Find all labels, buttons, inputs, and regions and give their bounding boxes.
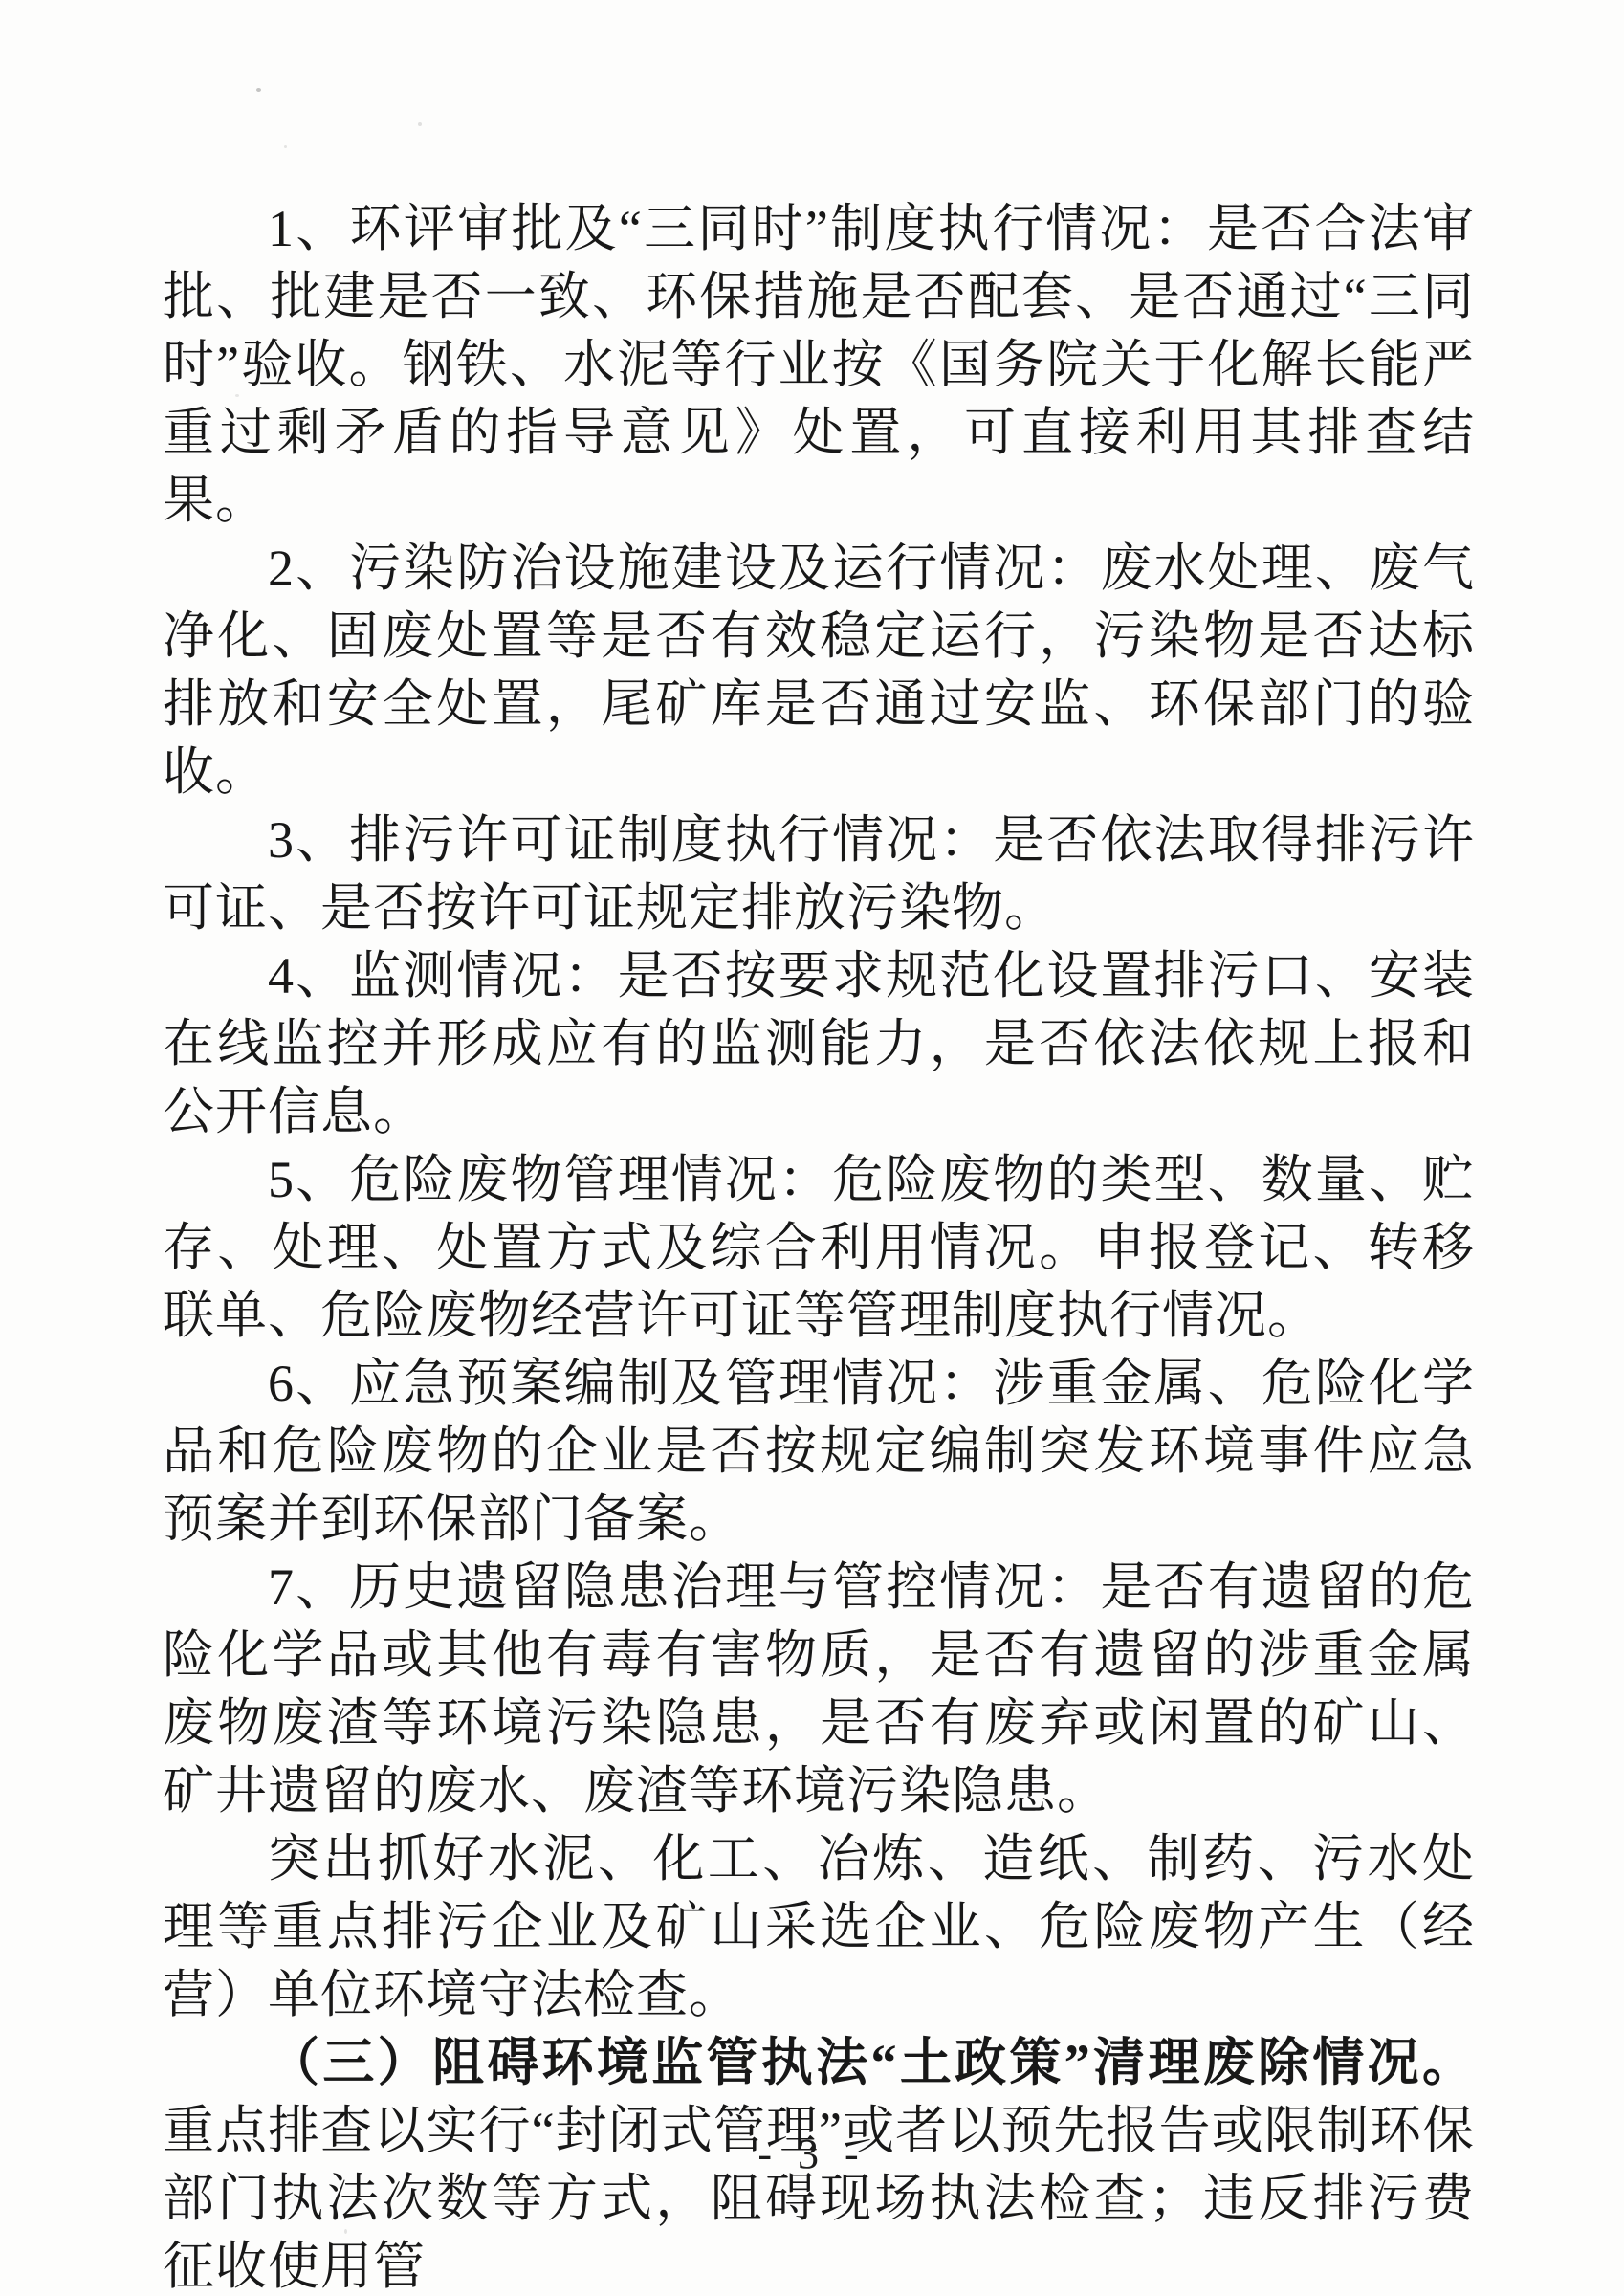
paragraph: 7、历史遗留隐患治理与管控情况：是否有遗留的危险化学品或其他有毒有害物质，是否有… <box>163 1554 1475 1825</box>
paragraph-text: 突出抓好水泥、化工、冶炼、造纸、制药、污水处理等重点排污企业及矿山采选企业、危险… <box>163 1830 1475 2023</box>
paragraph: 2、污染防治设施建设及运行情况：废水处理、废气净化、固废处置等是否有效稳定运行，… <box>163 535 1475 806</box>
paragraph-text: 2、污染防治设施建设及运行情况：废水处理、废气净化、固废处置等是否有效稳定运行，… <box>163 540 1475 801</box>
page-number: - 3 - <box>757 2130 866 2177</box>
paragraph-text: 4、监测情况：是否按要求规范化设置排污口、安装在线监控并形成应有的监测能力，是否… <box>163 947 1475 1140</box>
paragraph: 5、危险废物管理情况：危险废物的类型、数量、贮存、处理、处置方式及综合利用情况。… <box>163 1146 1475 1350</box>
paragraph: 3、排污许可证制度执行情况：是否依法取得排污许可证、是否按许可证规定排放污染物。 <box>163 806 1475 942</box>
paragraph-text: 6、应急预案编制及管理情况：涉重金属、危险化学品和危险废物的企业是否按规定编制突… <box>163 1355 1475 1548</box>
paragraph: 1、环评审批及“三同时”制度执行情况：是否合法审批、批建是否一致、环保措施是否配… <box>163 195 1475 535</box>
paragraph: 4、监测情况：是否按要求规范化设置排污口、安装在线监控并形成应有的监测能力，是否… <box>163 942 1475 1146</box>
document-body: 1、环评审批及“三同时”制度执行情况：是否合法审批、批建是否一致、环保措施是否配… <box>163 195 1475 2296</box>
paragraph-heading: （三）阻碍环境监管执法“土政策”清理废除情况。 <box>268 2034 1475 2091</box>
scan-speckle <box>256 88 261 92</box>
paragraph: 6、应急预案编制及管理情况：涉重金属、危险化学品和危险废物的企业是否按规定编制突… <box>163 1350 1475 1554</box>
scan-speckle <box>418 122 422 126</box>
document-page: 1、环评审批及“三同时”制度执行情况：是否合法审批、批建是否一致、环保措施是否配… <box>0 0 1624 2296</box>
paragraph-text: 1、环评审批及“三同时”制度执行情况：是否合法审批、批建是否一致、环保措施是否配… <box>163 200 1475 529</box>
paragraph: 突出抓好水泥、化工、冶炼、造纸、制药、污水处理等重点排污企业及矿山采选企业、危险… <box>163 1825 1475 2029</box>
scan-speckle <box>284 145 287 148</box>
paragraph-text: 5、危险废物管理情况：危险废物的类型、数量、贮存、处理、处置方式及综合利用情况。… <box>163 1151 1475 1344</box>
paragraph-text: 3、排污许可证制度执行情况：是否依法取得排污许可证、是否按许可证规定排放污染物。 <box>163 811 1475 937</box>
page-footer: - 3 - <box>0 2130 1624 2178</box>
paragraph-text: 7、历史遗留隐患治理与管控情况：是否有遗留的危险化学品或其他有毒有害物质，是否有… <box>163 1558 1475 1820</box>
